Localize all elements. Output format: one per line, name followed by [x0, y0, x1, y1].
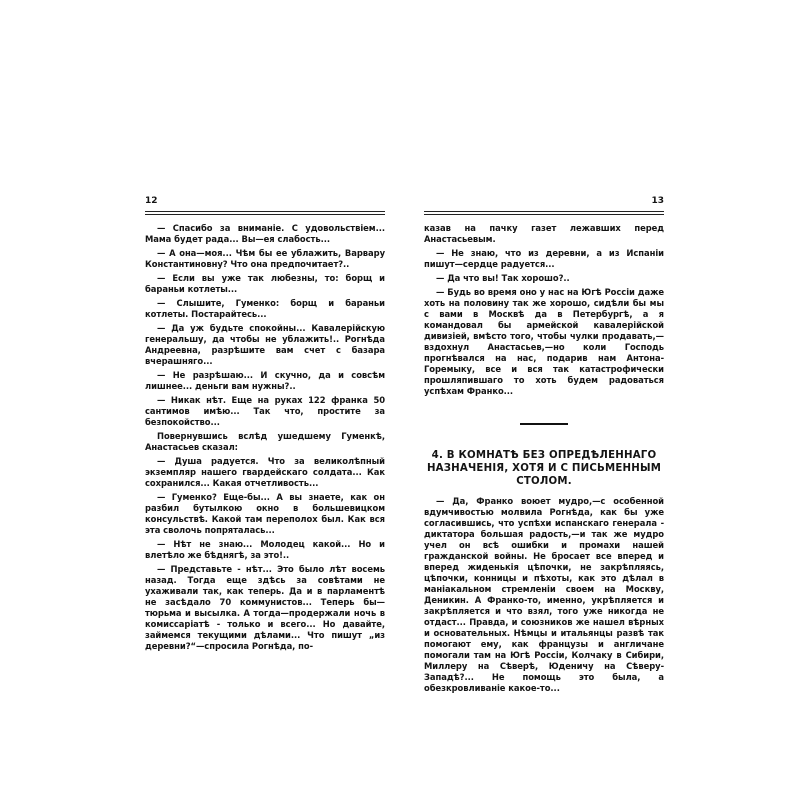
paragraph: — Душа радуется. Что за великолѣпный экз… [145, 456, 385, 489]
paragraph: — А она—моя... Чѣм бы ее ублажить, Варва… [145, 248, 385, 270]
paragraph: — Не разрѣшаю... И скучно, да и совсѣм л… [145, 370, 385, 392]
paragraph: — Будь во время оно у нас на Югѣ Россіи … [424, 287, 664, 397]
page-number: 13 [651, 196, 664, 206]
section-divider [520, 423, 568, 425]
paragraph: Повернувшись вслѣд ушедшему Гуменкѣ, Ана… [145, 431, 385, 453]
page-header: 12 [145, 196, 385, 210]
paragraph: — Спасибо за вниманіе. С удовольствіем..… [145, 223, 385, 245]
paragraph: — Если вы уже так любезны, то: борщ и ба… [145, 273, 385, 295]
left-page: 12 — Спасибо за вниманіе. С удовольствіе… [145, 196, 385, 655]
paragraph: — Представьте - нѣт... Это было лѣт восе… [145, 564, 385, 652]
header-rule [145, 211, 385, 215]
paragraph: — Никак нѣт. Еще на руках 122 франка 50 … [145, 395, 385, 428]
right-page: 13 казав на пачку газет лежавших перед А… [424, 196, 664, 697]
paragraph: — Не знаю, что из деревни, а из Испаніи … [424, 248, 664, 270]
page-body: казав на пачку газет лежавших перед Анас… [424, 223, 664, 694]
page-body: — Спасибо за вниманіе. С удовольствіем..… [145, 223, 385, 652]
chapter-title: 4. В КОМНАТѢ БЕЗ ОПРЕДѢЛЕННАГО НАЗНАЧЕНІ… [424, 449, 664, 488]
paragraph: — Слышите, Гуменко: борщ и бараньи котле… [145, 298, 385, 320]
paragraph: — Нѣт не знаю... Молодец какой... Но и в… [145, 539, 385, 561]
paragraph: — Да что вы! Так хорошо?.. [424, 273, 664, 284]
paragraph: казав на пачку газет лежавших перед Анас… [424, 223, 664, 245]
page-header: 13 [424, 196, 664, 210]
header-rule [424, 211, 664, 215]
paragraph: — Гуменко? Еще-бы... А вы знаете, как он… [145, 492, 385, 536]
page-number: 12 [145, 196, 158, 206]
paragraph: — Да, Франко воюет мудро,—с особенной вд… [424, 496, 664, 694]
paragraph: — Да уж будьте спокойны... Кавалерійскую… [145, 323, 385, 367]
